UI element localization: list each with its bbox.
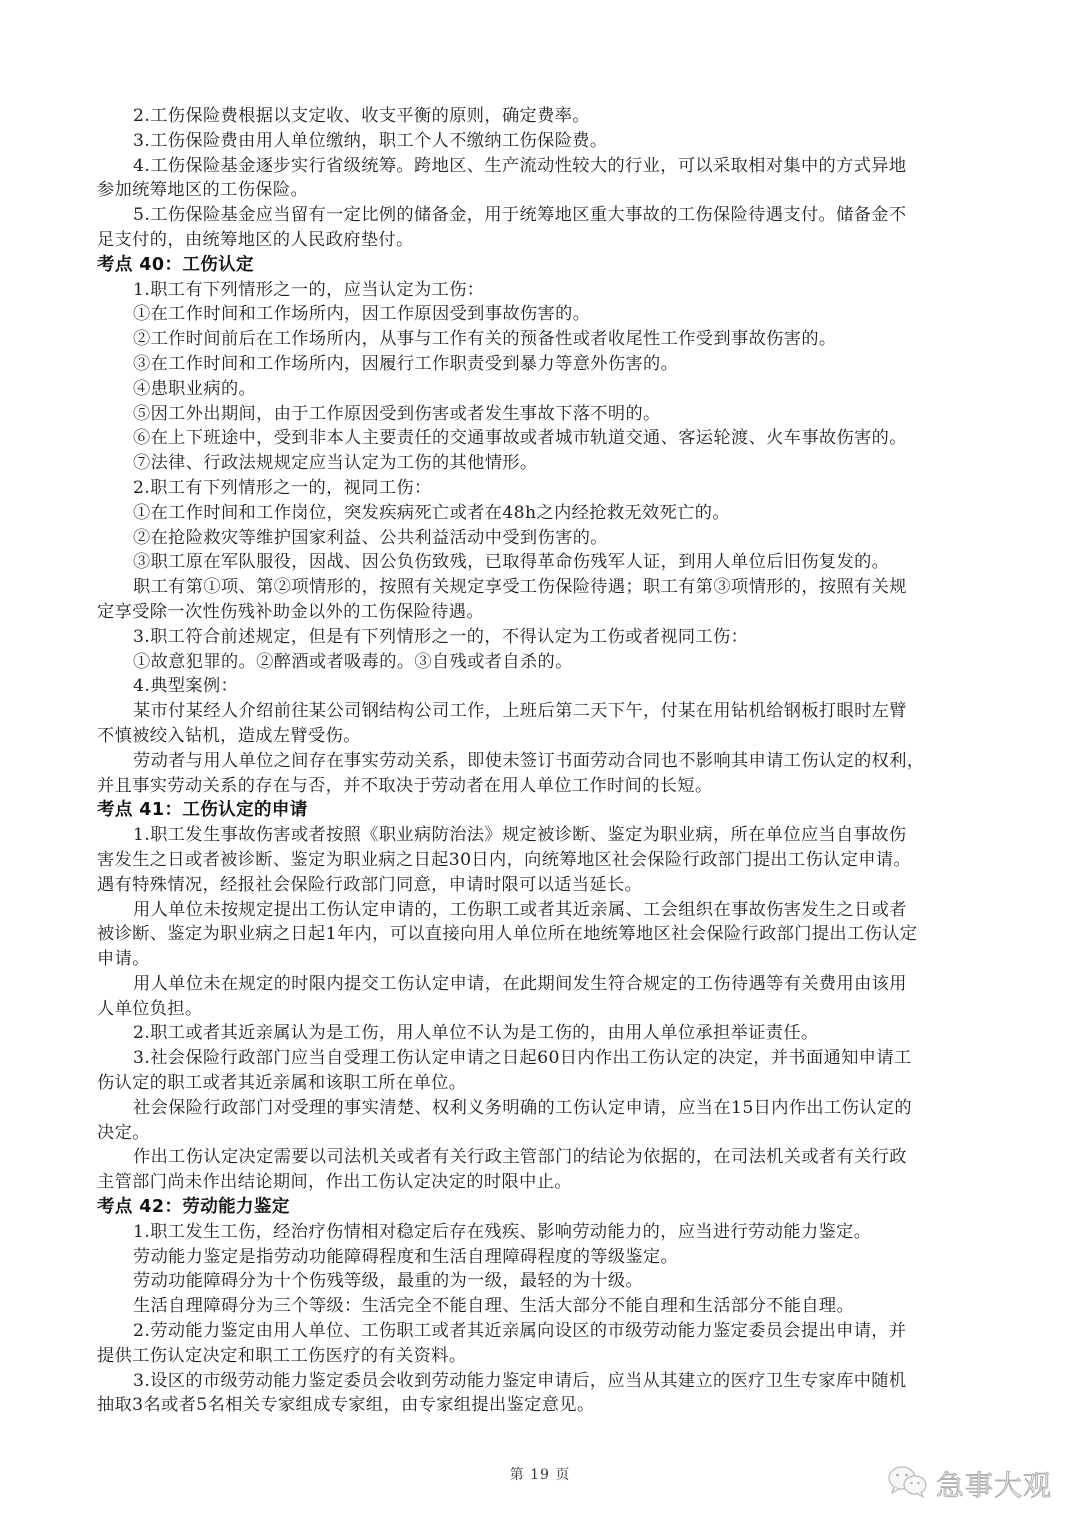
paragraph-line: 不慎被绞入钻机，造成左臂受伤。 — [97, 724, 979, 749]
paragraph-line: 参加统筹地区的工伤保险。 — [97, 178, 979, 203]
paragraph-line: 某市付某经人介绍前往某公司钢结构公司工作，上班后第二天下午，付某在用钻机给钢板打… — [97, 699, 979, 724]
paragraph-line: 3.社会保险行政部门应当自受理工伤认定申请之日起60日内作出工伤认定的决定，并书… — [97, 1046, 979, 1071]
paragraph-line: 作出工伤认定决定需要以司法机关或者有关行政主管部门的结论为依据的，在司法机关或者… — [97, 1145, 979, 1170]
paragraph-line: 定享受除一次性伤残补助金以外的工伤保险待遇。 — [97, 600, 979, 625]
paragraph-line: 职工有第①项、第②项情形的，按照有关规定享受工伤保险待遇；职工有第③项情形的，按… — [97, 575, 979, 600]
paragraph-line: 3.设区的市级劳动能力鉴定委员会收到劳动能力鉴定申请后，应当从其建立的医疗卫生专… — [97, 1369, 979, 1394]
paragraph-line: ①在工作时间和工作场所内，因工作原因受到事故伤害的。 — [97, 302, 979, 327]
paragraph-line: 3.职工符合前述规定，但是有下列情形之一的，不得认定为工伤或者视同工伤： — [97, 625, 979, 650]
paragraph-line: 害发生之日或者被诊断、鉴定为职业病之日起30日内，向统筹地区社会保险行政部门提出… — [97, 848, 979, 873]
paragraph-line: 劳动者与用人单位之间存在事实劳动关系，即使未签订书面劳动合同也不影响其申请工伤认… — [97, 749, 979, 774]
paragraph-line: 用人单位未在规定的时限内提交工伤认定申请，在此期间发生符合规定的工伤待遇等有关费… — [97, 972, 979, 997]
paragraph-line: 3.工伤保险费由用人单位缴纳，职工个人不缴纳工伤保险费。 — [97, 129, 979, 154]
paragraph-line: 生活自理障碍分为三个等级：生活完全不能自理、生活大部分不能自理和生活部分不能自理… — [97, 1294, 979, 1319]
paragraph-line: ④患职业病的。 — [97, 377, 979, 402]
paragraph-line: 1.职工发生工伤，经治疗伤情相对稳定后存在残疾、影响劳动能力的，应当进行劳动能力… — [97, 1220, 979, 1245]
paragraph-line: ①故意犯罪的。②醉酒或者吸毒的。③自残或者自杀的。 — [97, 650, 979, 675]
paragraph-line: 2.劳动能力鉴定由用人单位、工伤职工或者其近亲属向设区的市级劳动能力鉴定委员会提… — [97, 1319, 979, 1344]
section-heading: 考点 40：工伤认定 — [97, 253, 979, 278]
paragraph-line: 申请。 — [97, 947, 979, 972]
paragraph-line: ③在工作时间和工作场所内，因履行工作职责受到暴力等意外伤害的。 — [97, 352, 979, 377]
paragraph-line: 决定。 — [97, 1121, 979, 1146]
paragraph-line: ②在抢险救灾等维护国家利益、公共利益活动中受到伤害的。 — [97, 526, 979, 551]
document-page: 2.工伤保险费根据以支定收、收支平衡的原则，确定费率。3.工伤保险费由用人单位缴… — [0, 0, 1080, 1529]
section-heading: 考点 41：工伤认定的申请 — [97, 798, 979, 823]
paragraph-line: 抽取3名或者5名相关专家组成专家组，由专家组提出鉴定意见。 — [97, 1393, 979, 1418]
document-body: 2.工伤保险费根据以支定收、收支平衡的原则，确定费率。3.工伤保险费由用人单位缴… — [97, 104, 979, 1418]
watermark-text: 急事大观 — [936, 1464, 1052, 1504]
paragraph-line: 社会保险行政部门对受理的事实清楚、权利义务明确的工伤认定申请，应当在15日内作出… — [97, 1096, 979, 1121]
paragraph-line: 足支付的，由统筹地区的人民政府垫付。 — [97, 228, 979, 253]
paragraph-line: 人单位负担。 — [97, 997, 979, 1022]
paragraph-line: ⑤因工外出期间，由于工作原因受到伤害或者发生事故下落不明的。 — [97, 402, 979, 427]
paragraph-line: ⑥在上下班途中，受到非本人主要责任的交通事故或者城市轨道交通、客运轮渡、火车事故… — [97, 426, 979, 451]
paragraph-line: 1.职工有下列情形之一的，应当认定为工伤： — [97, 278, 979, 303]
paragraph-line: ⑦法律、行政法规规定应当认定为工伤的其他情形。 — [97, 451, 979, 476]
paragraph-line: 并且事实劳动关系的存在与否，并不取决于劳动者在用人单位工作时间的长短。 — [97, 774, 979, 799]
paragraph-line: 主管部门尚未作出结论期间，作出工伤认定决定的时限中止。 — [97, 1170, 979, 1195]
paragraph-line: 用人单位未按规定提出工伤认定申请的，工伤职工或者其近亲属、工会组织在事故伤害发生… — [97, 898, 979, 923]
paragraph-line: 4.典型案例： — [97, 674, 979, 699]
paragraph-line: 5.工伤保险基金应当留有一定比例的储备金，用于统筹地区重大事故的工伤保险待遇支付… — [97, 203, 979, 228]
paragraph-line: 4.工伤保险基金逐步实行省级统筹。跨地区、生产流动性较大的行业，可以采取相对集中… — [97, 154, 979, 179]
paragraph-line: 2.职工或者其近亲属认为是工伤，用人单位不认为是工伤的，由用人单位承担举证责任。 — [97, 1021, 979, 1046]
paragraph-line: 1.职工发生事故伤害或者按照《职业病防治法》规定被诊断、鉴定为职业病，所在单位应… — [97, 823, 979, 848]
wechat-icon — [886, 1464, 930, 1504]
paragraph-line: 2.职工有下列情形之一的，视同工伤： — [97, 476, 979, 501]
watermark: 急事大观 — [886, 1464, 1052, 1504]
paragraph-line: ③职工原在军队服役，因战、因公负伤致残，已取得革命伤残军人证，到用人单位后旧伤复… — [97, 550, 979, 575]
paragraph-line: 遇有特殊情况，经报社会保险行政部门同意，申请时限可以适当延长。 — [97, 873, 979, 898]
paragraph-line: 被诊断、鉴定为职业病之日起1年内，可以直接向用人单位所在地统筹地区社会保险行政部… — [97, 922, 979, 947]
paragraph-line: ①在工作时间和工作岗位，突发疾病死亡或者在48h之内经抢救无效死亡的。 — [97, 501, 979, 526]
paragraph-line: 劳动能力鉴定是指劳动功能障碍程度和生活自理障碍程度的等级鉴定。 — [97, 1245, 979, 1270]
paragraph-line: 劳动功能障碍分为十个伤残等级，最重的为一级，最轻的为十级。 — [97, 1269, 979, 1294]
paragraph-line: ②工作时间前后在工作场所内，从事与工作有关的预备性或者收尾性工作受到事故伤害的。 — [97, 327, 979, 352]
paragraph-line: 2.工伤保险费根据以支定收、收支平衡的原则，确定费率。 — [97, 104, 979, 129]
section-heading: 考点 42：劳动能力鉴定 — [97, 1195, 979, 1220]
paragraph-line: 伤认定的职工或者其近亲属和该职工所在单位。 — [97, 1071, 979, 1096]
paragraph-line: 提供工伤认定决定和职工工伤医疗的有关资料。 — [97, 1344, 979, 1369]
